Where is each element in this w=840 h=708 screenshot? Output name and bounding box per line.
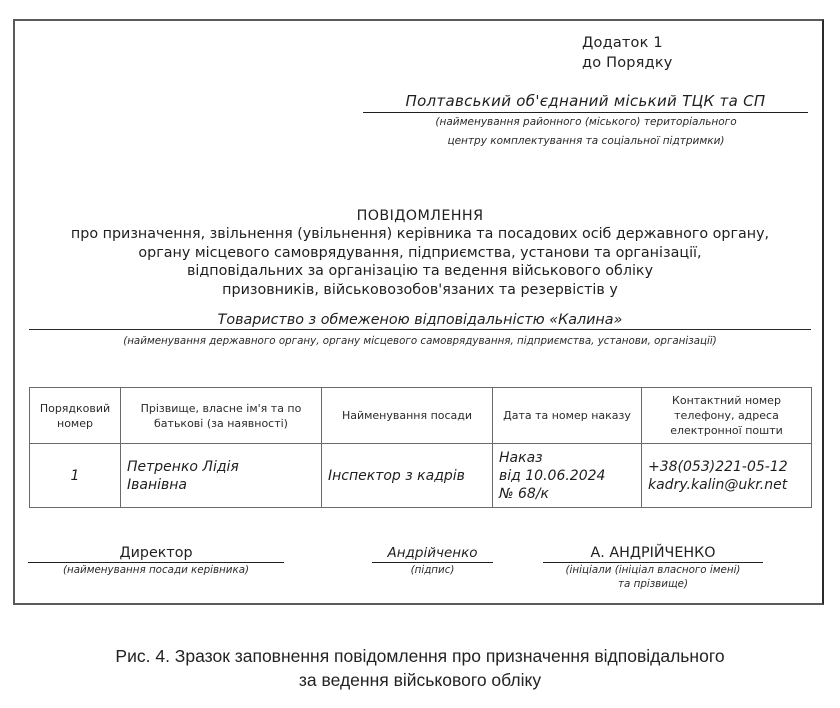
table-row: 1 Петренко Лідія Іванівна Інспектор з ка… — [30, 444, 812, 508]
contact-email: kadry.kalin@ukr.net — [648, 476, 805, 494]
full-name-line-2: Іванівна — [127, 476, 315, 494]
notice-subtitle-line-1: про призначення, звільнення (увільнення)… — [22, 225, 818, 243]
recipient-caption-line-1: (найменування районного (міського) терит… — [380, 113, 792, 132]
contact-phone: +38(053)221-05-12 — [648, 458, 805, 476]
initials-caption-line-2: та прізвище) — [543, 578, 763, 591]
figure-caption-line-2: за ведення військового обліку — [30, 668, 810, 692]
appendix-line-1: Додаток 1 — [582, 33, 673, 53]
order-line-3: № 68/к — [499, 485, 635, 503]
head-position-field: Директор — [28, 545, 284, 563]
notice-subtitle-line-4: призовників, військовозобов'язаних та ре… — [22, 281, 818, 299]
header-order: Дата та номер наказу — [493, 388, 642, 444]
recipient-caption-line-2: центру комплектування та соціальної підт… — [380, 132, 792, 151]
signature-initials-block: А. АНДРІЙЧЕНКО (ініціали (ініціал власно… — [543, 545, 763, 591]
appendix-line-2: до Порядку — [582, 53, 673, 73]
order-line-1: Наказ — [499, 449, 635, 467]
notice-subtitle-line-3: відповідальних за організацію та ведення… — [22, 262, 818, 280]
initials-field: А. АНДРІЙЧЕНКО — [543, 545, 763, 563]
recipient-name-field: Полтавський об'єднаний міський ТЦК та СП — [363, 91, 808, 113]
header-contacts: Контактний номер телефону, адреса електр… — [642, 388, 812, 444]
header-position: Найменування посади — [322, 388, 493, 444]
header-full-name: Прізвище, власне ім'я та по батькові (за… — [121, 388, 322, 444]
initials-caption-line-1: (ініціали (ініціал власного імені) — [543, 564, 763, 577]
entity-name-field: Товариство з обмеженою відповідальністю … — [29, 312, 811, 330]
signature-sign-block: Андрійченко (підпис) — [372, 545, 493, 577]
header-number: Порядковий номер — [30, 388, 121, 444]
head-position-caption: (найменування посади керівника) — [28, 564, 284, 577]
figure-caption-line-1: Рис. 4. Зразок заповнення повідомлення п… — [30, 644, 810, 668]
signature-caption: (підпис) — [372, 564, 493, 577]
signature-field: Андрійченко — [372, 545, 493, 563]
cell-number: 1 — [30, 444, 121, 508]
table-header-row: Порядковий номер Прізвище, власне ім'я т… — [30, 388, 812, 444]
recipient-caption: (найменування районного (міського) терит… — [380, 113, 792, 151]
order-line-2: від 10.06.2024 — [499, 467, 635, 485]
cell-contacts: +38(053)221-05-12 kadry.kalin@ukr.net — [642, 444, 812, 508]
cell-order: Наказ від 10.06.2024 № 68/к — [493, 444, 642, 508]
appendix-label: Додаток 1 до Порядку — [582, 33, 673, 73]
notice-heading: ПОВІДОМЛЕННЯ — [22, 207, 818, 225]
notice-subtitle-line-2: органу місцевого самоврядування, підприє… — [22, 244, 818, 262]
full-name-line-1: Петренко Лідія — [127, 458, 315, 476]
figure-caption: Рис. 4. Зразок заповнення повідомлення п… — [30, 644, 810, 692]
entity-caption: (найменування державного органу, органу … — [22, 333, 818, 349]
cell-full-name: Петренко Лідія Іванівна — [121, 444, 322, 508]
responsible-persons-table: Порядковий номер Прізвище, власне ім'я т… — [29, 387, 812, 508]
notice-title-block: ПОВІДОМЛЕННЯ про призначення, звільнення… — [22, 207, 818, 299]
signature-position-block: Директор (найменування посади керівника) — [28, 545, 284, 577]
cell-position: Інспектор з кадрів — [322, 444, 493, 508]
